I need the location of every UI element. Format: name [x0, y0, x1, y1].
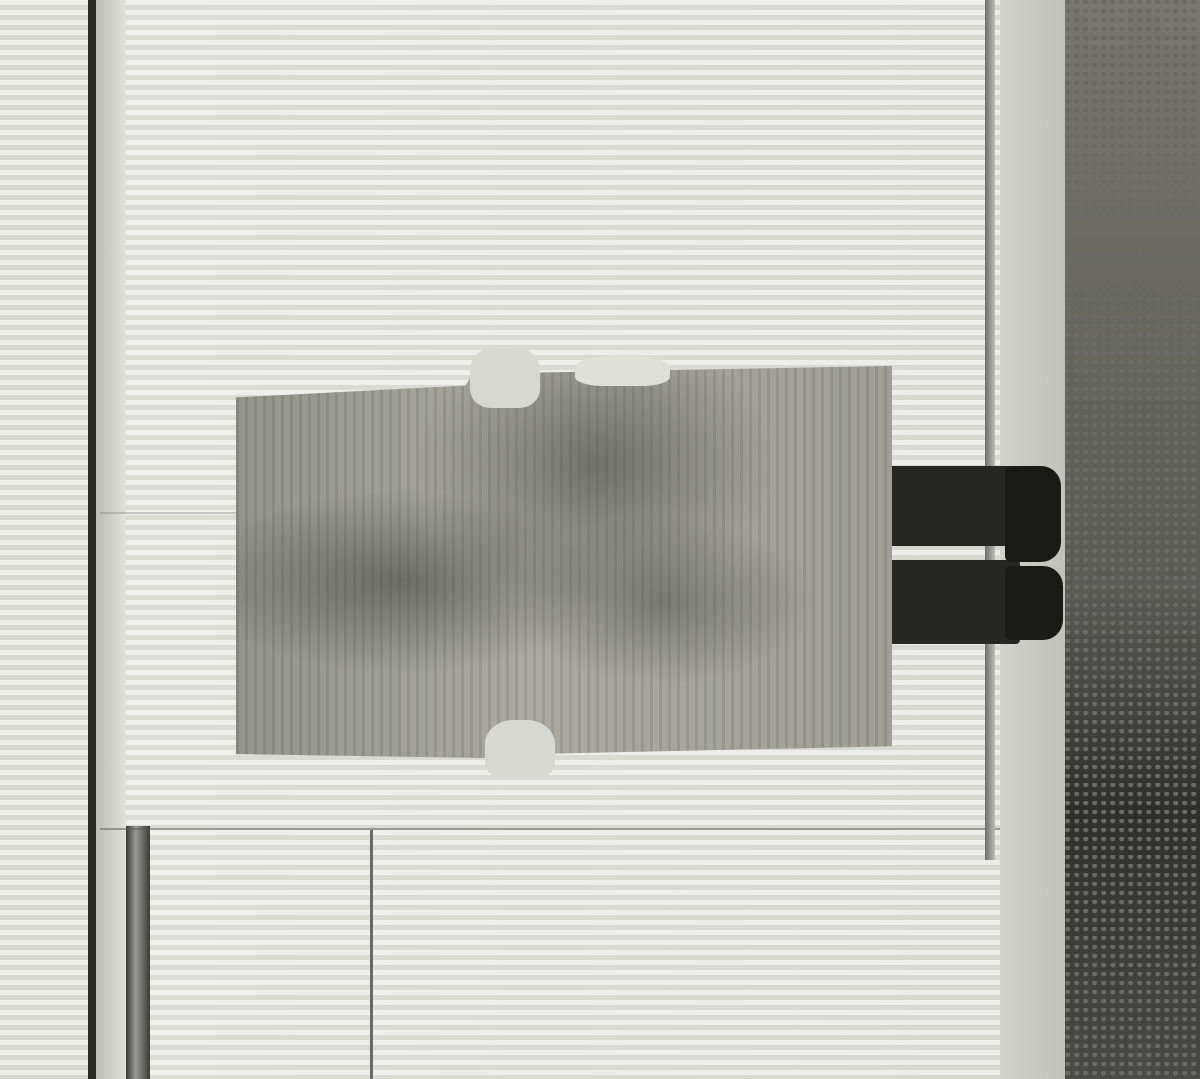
- leg-lower: [884, 560, 1020, 644]
- wall-joint: [100, 828, 1000, 830]
- shoe-upper: [1005, 466, 1061, 562]
- wall-joint-vertical: [370, 830, 373, 1079]
- hand-top: [470, 346, 540, 408]
- shoe-lower: [1005, 566, 1063, 640]
- wall-seam-right: [985, 0, 995, 860]
- photograph: [0, 0, 1200, 1079]
- hand-bottom: [485, 720, 555, 780]
- head-top: [575, 356, 670, 386]
- wall-left-strip: [0, 0, 92, 1079]
- painted-panel: [236, 366, 892, 758]
- wall-seam-lower: [126, 826, 150, 1079]
- wall-seam-left: [88, 0, 96, 1079]
- leg-upper: [880, 466, 1020, 546]
- wall-edge-shadow: [96, 0, 126, 1079]
- ground: [1065, 0, 1200, 1079]
